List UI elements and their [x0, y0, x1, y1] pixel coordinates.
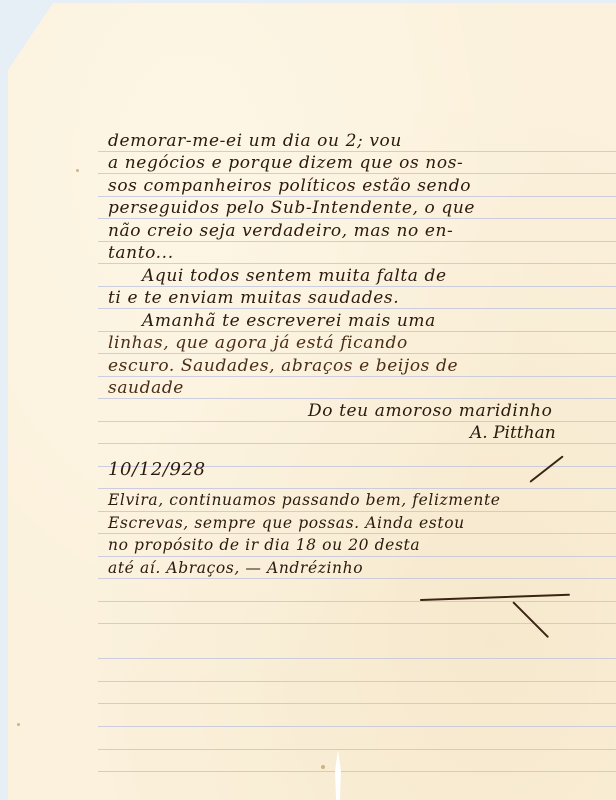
rule-line — [98, 703, 616, 704]
rule-line — [98, 308, 616, 309]
paper-stain — [17, 723, 20, 726]
rule-line — [98, 488, 616, 489]
body-line: não creio seja verdadeiro, mas no en- — [108, 221, 453, 241]
rule-line — [98, 218, 616, 219]
rule-line — [98, 241, 616, 242]
rule-line — [98, 331, 616, 332]
closing-line: Do teu amoroso maridinho — [308, 401, 552, 421]
postscript-line: no propósito de ir dia 18 ou 20 desta — [108, 536, 420, 554]
postscript-flourish — [420, 594, 570, 601]
rule-line — [98, 353, 616, 354]
letter-date: 10/12/928 — [108, 459, 206, 480]
body-line: Aqui todos sentem muita falta de — [142, 266, 447, 286]
rule-line — [98, 173, 616, 174]
rule-line — [98, 376, 616, 377]
body-line: perseguidos pelo Sub-Intendente, o que — [108, 198, 475, 218]
body-line: escuro. Saudades, abraços e beijos de — [108, 356, 458, 376]
body-line: sos companheiros políticos estão sendo — [108, 176, 471, 196]
rule-line — [98, 151, 616, 152]
postscript-line: Escrevas, sempre que possas. Ainda estou — [108, 514, 465, 532]
rule-line — [98, 726, 616, 727]
body-line: demorar-me-ei um dia ou 2; vou — [108, 131, 402, 151]
paper-stain — [321, 765, 325, 769]
body-line: a negócios e porque dizem que os nos- — [108, 153, 463, 173]
rule-line — [98, 658, 616, 659]
letter-page: demorar-me-ei um dia ou 2; vou a negócio… — [8, 3, 616, 800]
rule-line — [98, 533, 616, 534]
rule-line — [98, 286, 616, 287]
rule-line — [98, 749, 616, 750]
rule-line — [98, 681, 616, 682]
postscript-flourish — [512, 601, 549, 638]
paper-tear — [335, 750, 341, 800]
rule-line — [98, 443, 616, 444]
rule-line — [98, 623, 616, 624]
body-line: saudade — [108, 378, 184, 398]
rule-line — [98, 511, 616, 512]
paper-stain — [76, 169, 79, 172]
postscript-line: até aí. Abraços, — Andrézinho — [108, 559, 363, 577]
rule-line — [98, 578, 616, 579]
body-line: ti e te enviam muitas saudades. — [108, 288, 399, 308]
rule-line — [98, 601, 616, 602]
body-line: linhas, que agora já está ficando — [108, 333, 408, 353]
signature: A. Pitthan — [470, 423, 556, 443]
rule-line — [98, 556, 616, 557]
body-line: Amanhã te escreverei mais uma — [142, 311, 436, 331]
rule-line — [98, 421, 616, 422]
signature-flourish — [529, 455, 563, 482]
rule-line — [98, 196, 616, 197]
postscript-line: Elvira, continuamos passando bem, felizm… — [108, 491, 501, 509]
body-line: tanto... — [108, 243, 174, 263]
rule-line — [98, 398, 616, 399]
rule-line — [98, 263, 616, 264]
rule-line — [98, 771, 616, 772]
